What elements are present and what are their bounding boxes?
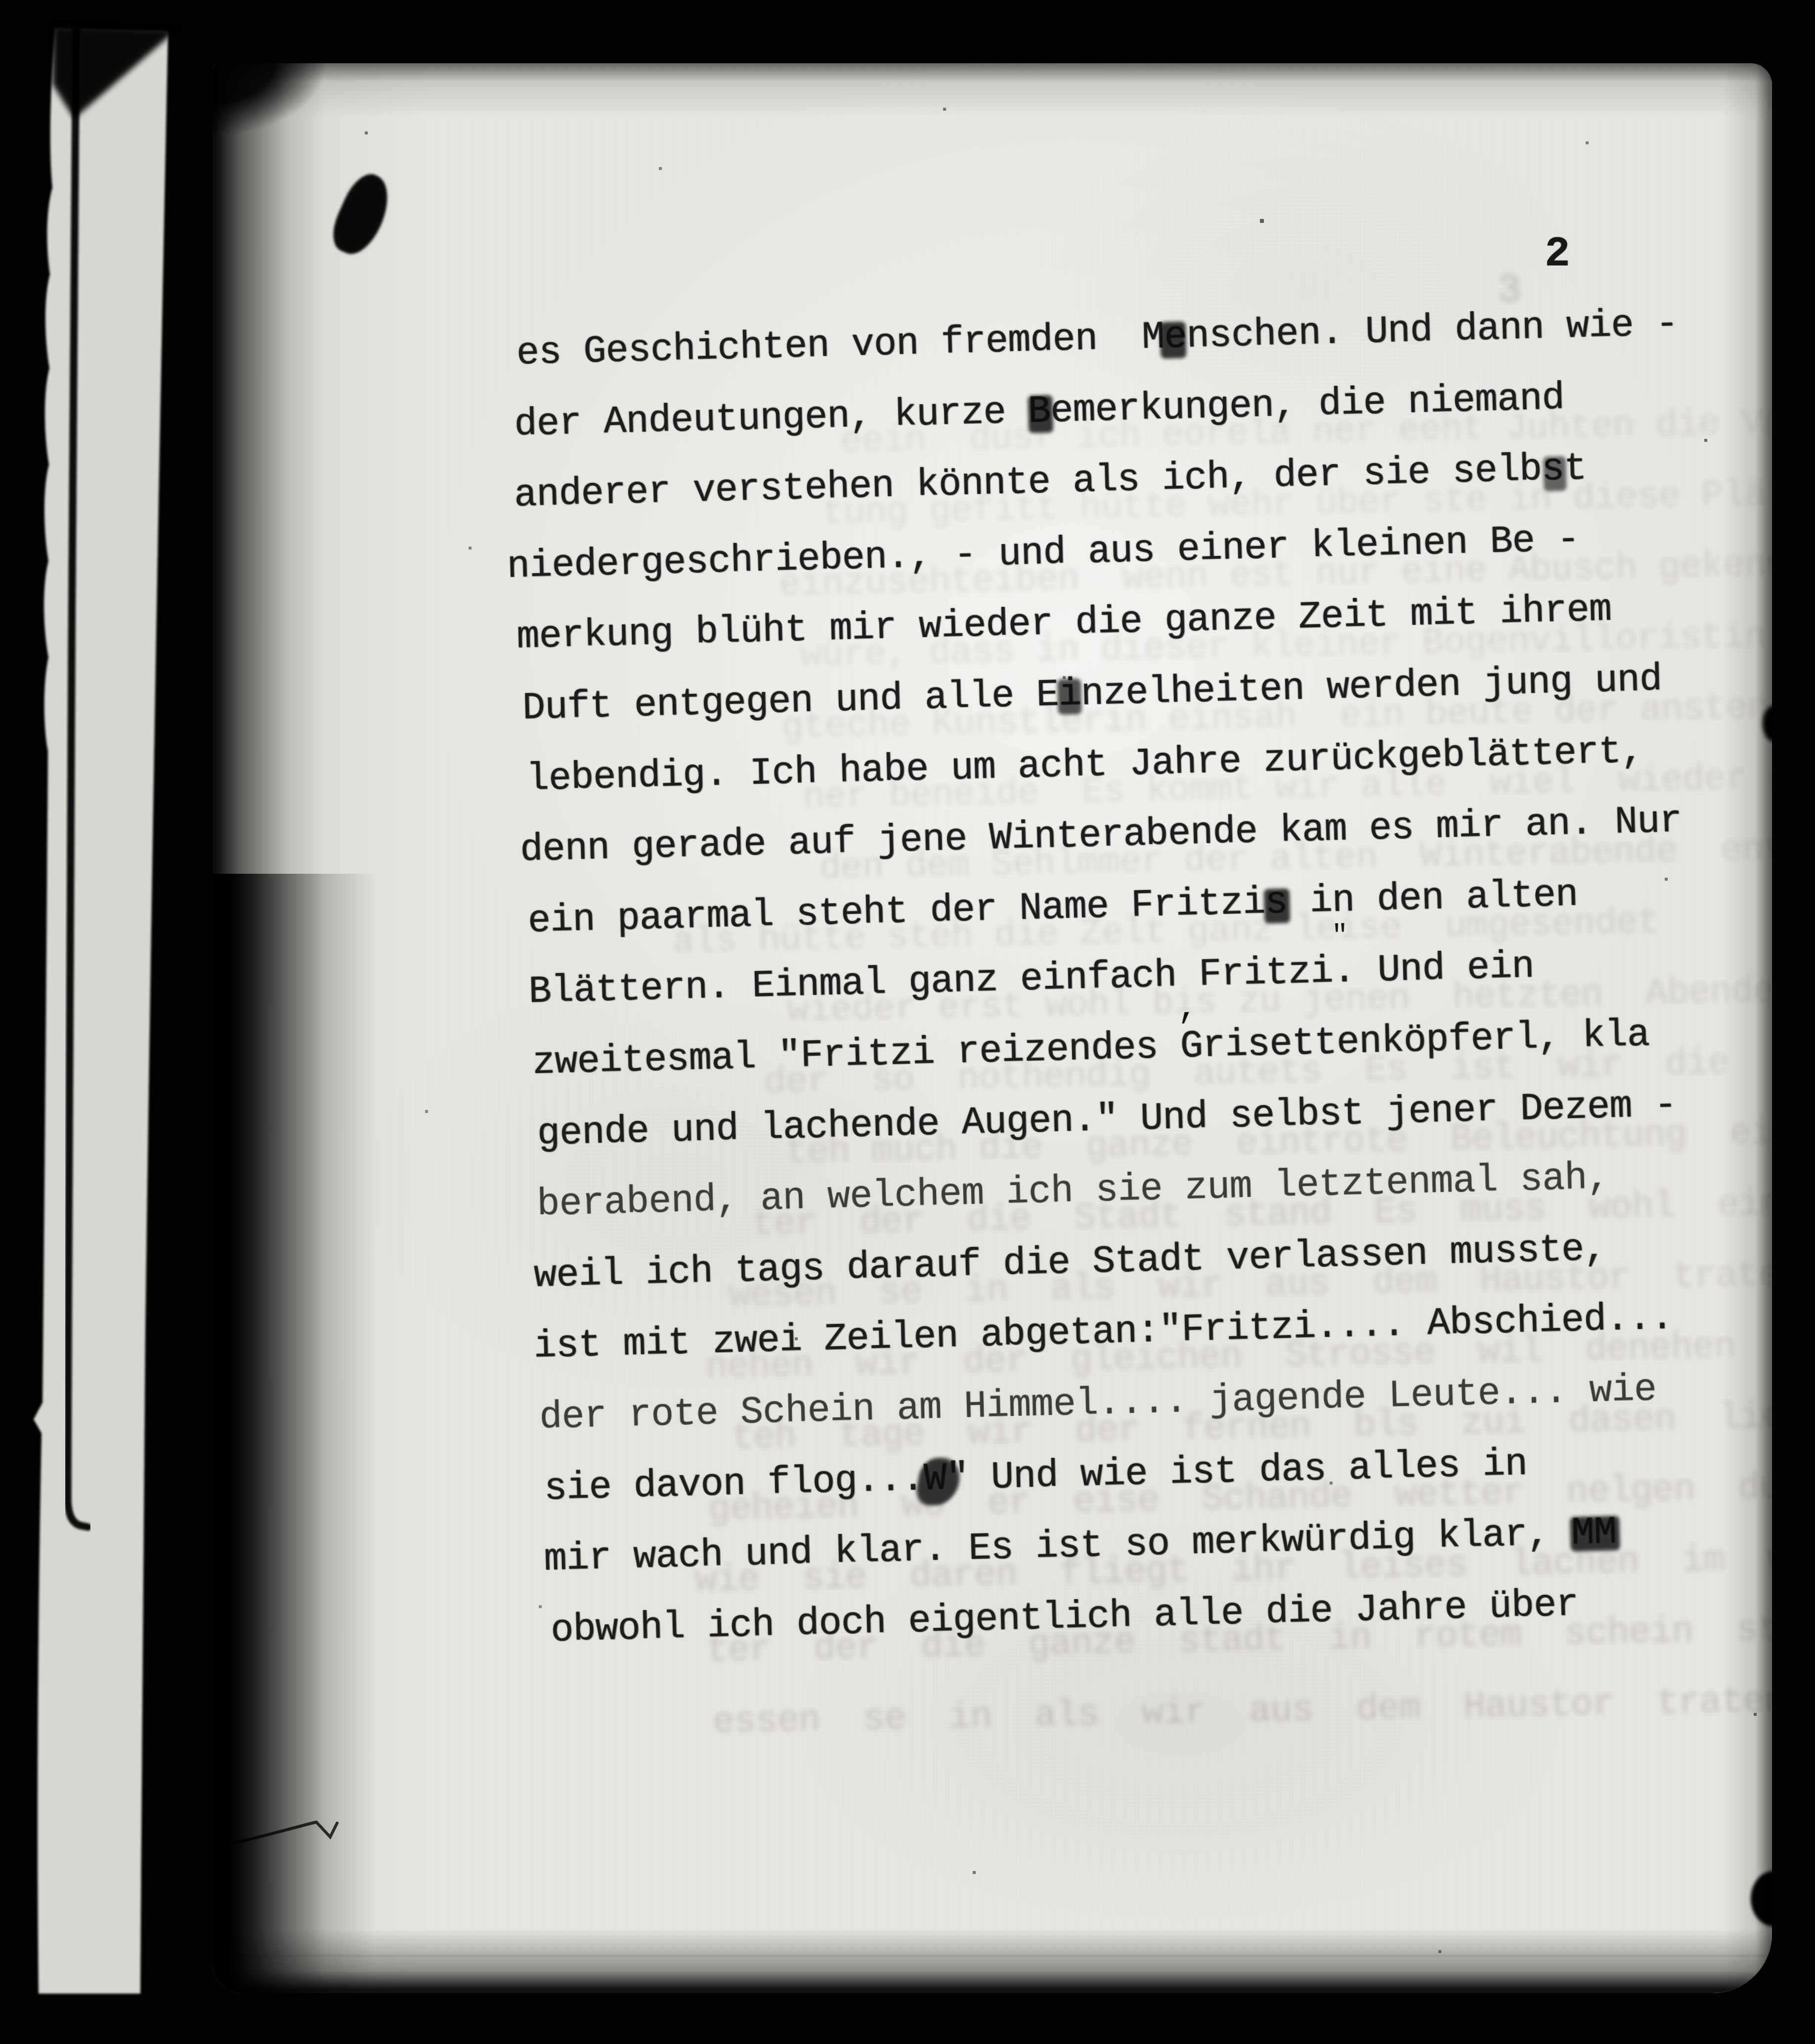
film-scan: eein dusr ich eorela ner eeht Juhten die… bbox=[0, 0, 1815, 2044]
gutter-shadow bbox=[213, 63, 1772, 1993]
top-edge-shadow bbox=[213, 63, 1772, 118]
right-edge-shadow bbox=[1723, 63, 1772, 1993]
bottom-edge-shadow bbox=[213, 1929, 1772, 1993]
gutter-shadow-lower bbox=[213, 874, 390, 1993]
manuscript-page: eein dusr ich eorela ner eeht Juhten die… bbox=[213, 63, 1772, 1993]
